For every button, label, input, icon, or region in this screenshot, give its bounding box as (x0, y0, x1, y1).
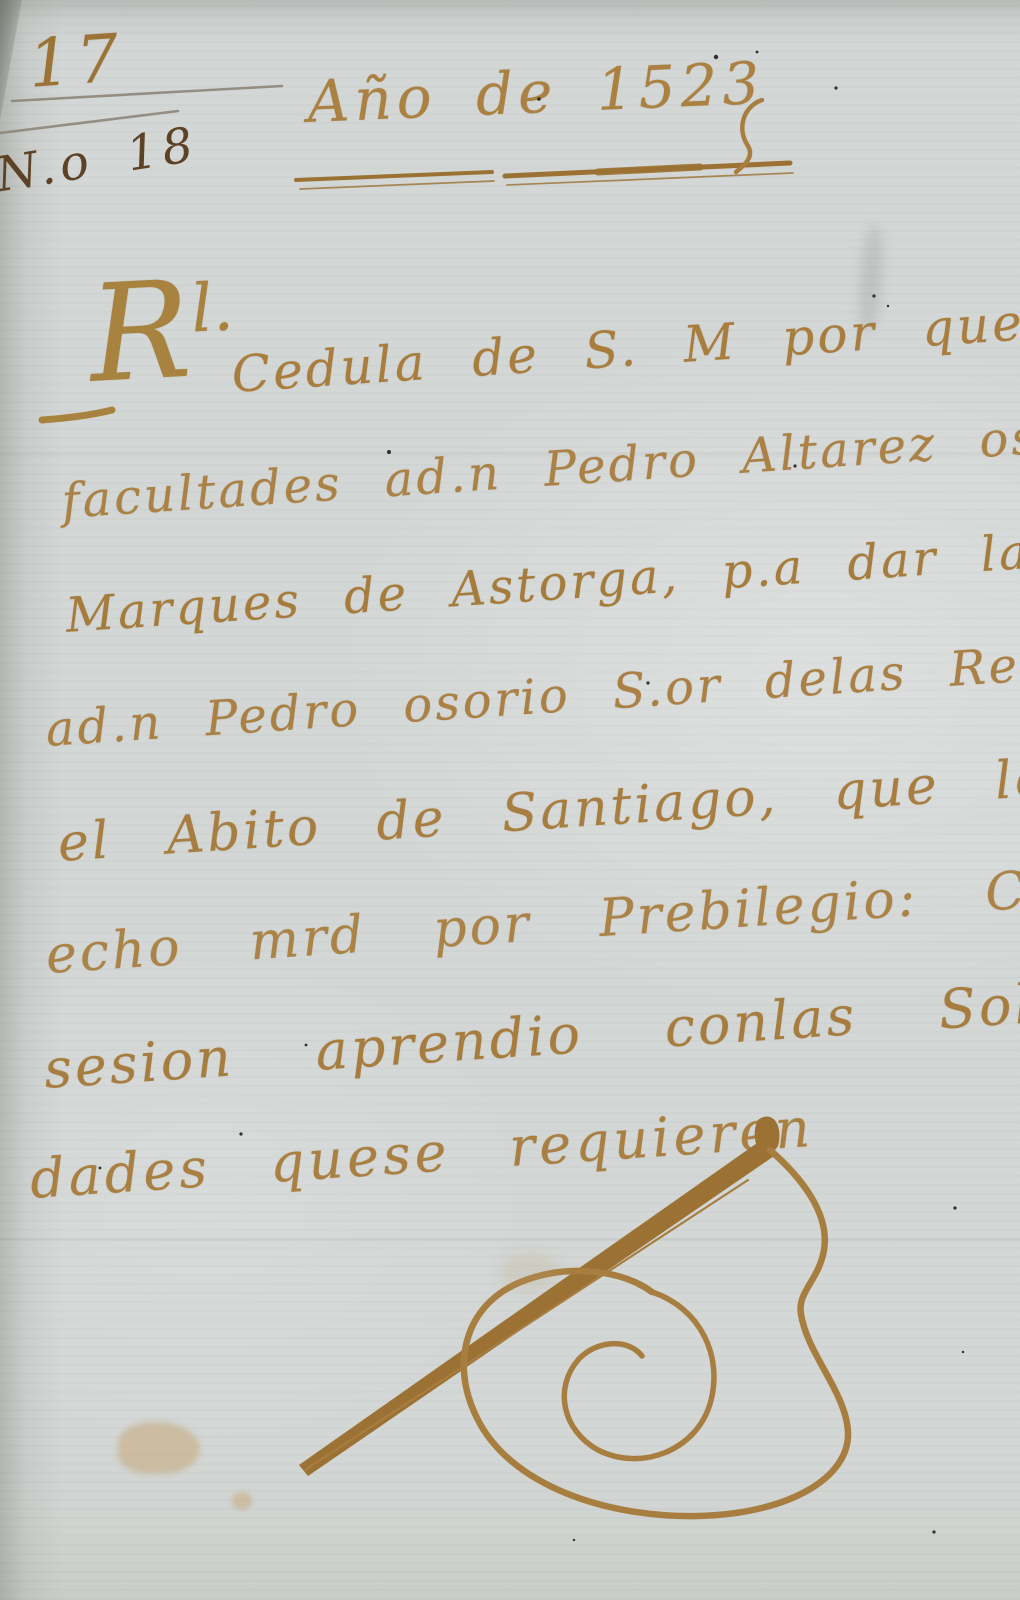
rubric-flourish (299, 1116, 848, 1516)
ink-stain-small (232, 1492, 252, 1510)
rubric-loop (464, 1150, 848, 1516)
manuscript-page: 17 N.o 18 Año de 1523 Rl. Cedula de S. M… (0, 0, 1020, 1600)
rubric-quill-edge (305, 1180, 748, 1470)
ink-stain (118, 1422, 200, 1474)
rubric-inner-spiral (564, 1292, 714, 1459)
faint-stain (500, 1252, 560, 1292)
folio-strike-lines (0, 86, 282, 133)
initial-swash (42, 410, 112, 420)
ink-marks-overlay (0, 0, 1020, 1600)
title-underline (296, 163, 793, 189)
title-flourish (736, 100, 762, 172)
